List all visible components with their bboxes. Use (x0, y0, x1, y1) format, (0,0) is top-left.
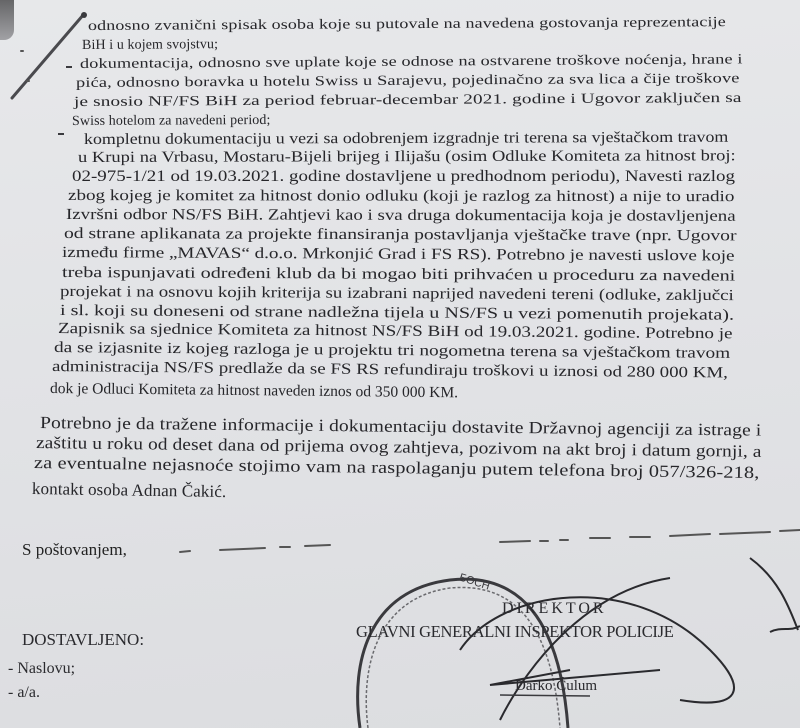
margin-dot (20, 50, 24, 52)
document-line: Swiss hotelom za navedeni period; (72, 112, 271, 131)
document-line: između firme „MAVAS“ d.o.o. Mrkonjić Gra… (62, 244, 735, 266)
delivered-item: - a/a. (8, 684, 40, 702)
document-line: BiH i u kojem svojstvu; (82, 36, 218, 55)
signature-name: Darko Ćulum (515, 678, 597, 695)
document-line: odnosno zvanični spisak osoba koje su pu… (88, 14, 726, 36)
list-bullet (58, 133, 64, 135)
delivered-item: - Naslovu; (8, 660, 75, 678)
delivered-heading: DOSTAVLJENO: (22, 630, 144, 650)
list-bullet (66, 66, 72, 68)
closing-line: kontakt osoba Adnan Čakić. (32, 480, 227, 501)
document-line: Izvršni odbor NS/FS BiH. Zahtjevi kao i … (66, 206, 736, 226)
document-line: od strane aplikanata za projekte finansi… (64, 225, 737, 245)
margin-dot (26, 80, 30, 82)
document-line: zbog kojeg je komitet za hitnost donio o… (68, 187, 734, 206)
signature-title: DIREKTOR (502, 600, 607, 618)
signature-role: GLAVNI GENERALNI INSPEKTOR POLICIJE (356, 622, 674, 642)
document-page: odnosno zvanični spisak osoba koje su pu… (0, 0, 800, 728)
document-line: 02-975-1/21 od 19.03.2021. godine dostav… (72, 168, 735, 186)
document-line: treba ispunjavati određeni klub da bi mo… (62, 264, 735, 286)
document-line: je snosio NF/FS BiH za period februar-de… (74, 90, 742, 112)
document-line: dok je Odluci Komiteta za hitnost navede… (50, 380, 458, 402)
stamp-text: БОСН (458, 572, 492, 593)
document-line: kompletnu dokumentaciju u vezi sa odobre… (84, 129, 728, 149)
document-line: u Krupi na Vrbasu, Mostaru-Bijeli brijeg… (78, 147, 736, 167)
salutation: S poštovanjem, (22, 540, 127, 560)
